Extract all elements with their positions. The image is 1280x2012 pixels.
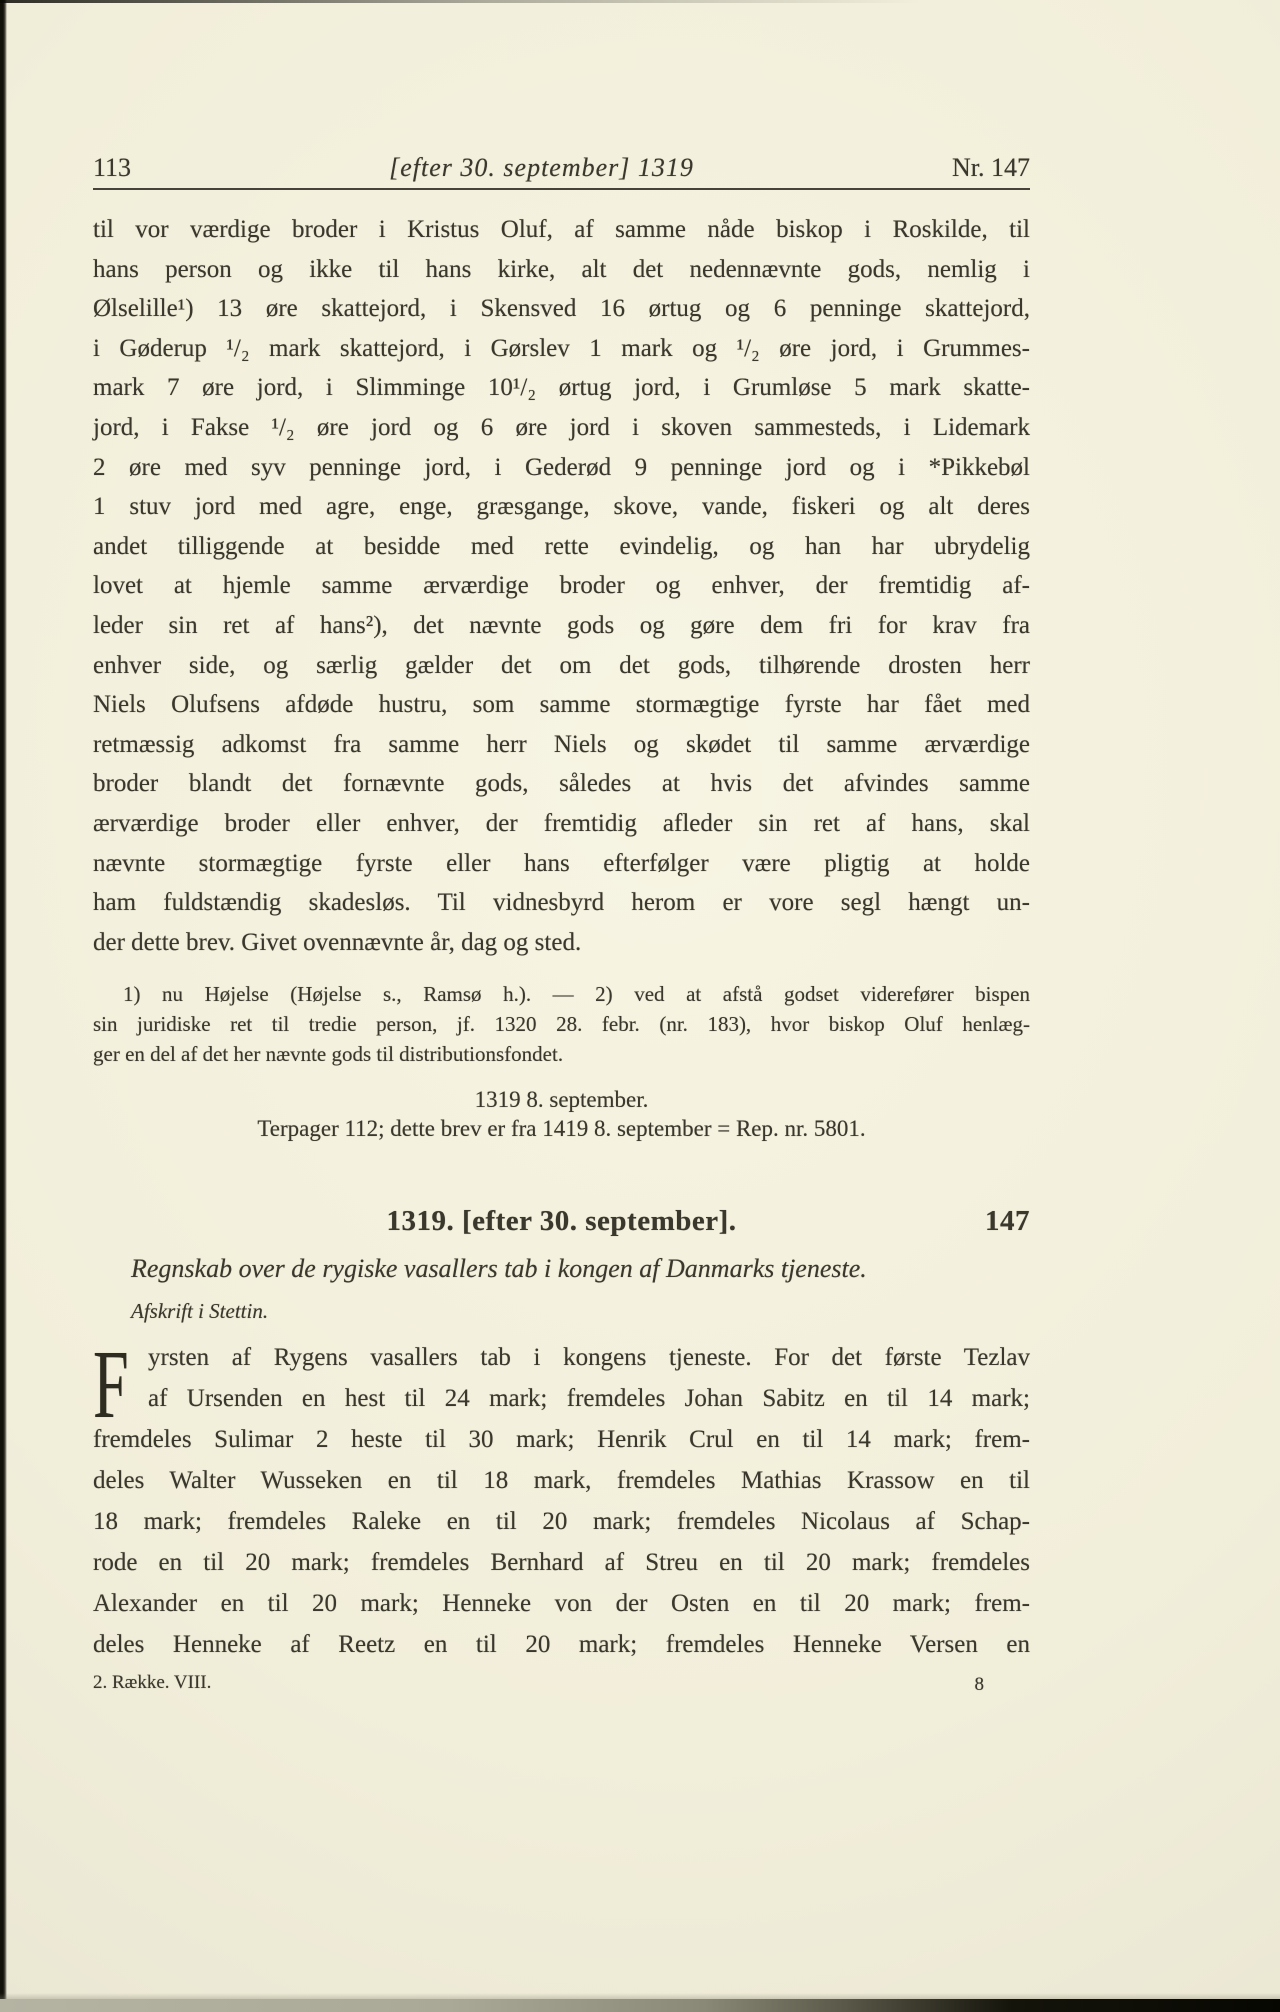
- text-line: fremdeles Sulimar 2 heste til 30 mark; H…: [93, 1419, 1030, 1460]
- document-text-continuation: til vor værdige broder i Kristus Oluf, a…: [93, 210, 1030, 962]
- text-line: ærværdige broder eller enhver, der fremt…: [93, 804, 1030, 844]
- scan-edge-top: [0, 0, 1280, 3]
- apparatus-date-line: 1319 8. september.: [93, 1085, 1030, 1114]
- document-source-note: Afskrift i Stettin.: [131, 1298, 1030, 1325]
- apparatus-reference-line: Terpager 112; dette brev er fra 1419 8. …: [93, 1114, 1030, 1143]
- footnote-line: ger en del af det her nævnte gods til di…: [93, 1039, 1030, 1069]
- text-line: der dette brev. Givet ovennævnte år, dag…: [93, 923, 1030, 963]
- footer-signature-number: 8: [975, 1673, 985, 1697]
- text-line: deles Walter Wusseken en til 18 mark, fr…: [93, 1460, 1030, 1501]
- running-head: 113 [efter 30. september] 1319 Nr. 147: [93, 152, 1030, 183]
- text-line: deles Henneke af Reetz en til 20 mark; f…: [93, 1624, 1030, 1665]
- text-line: andet tilliggende at besidde med rette e…: [93, 527, 1030, 567]
- text-line: mark 7 øre jord, i Slimminge 10¹/₂ ørtug…: [93, 368, 1030, 408]
- page-footer: 2. Række. VIII. 8: [93, 1671, 1030, 1695]
- document-summary: Regnskab over de rygiske vasallers tab i…: [131, 1252, 1030, 1285]
- scan-edge-left: [0, 0, 7, 2012]
- text-line: enhver side, og særlig gælder det om det…: [93, 646, 1030, 686]
- text-line: til vor værdige broder i Kristus Oluf, a…: [93, 210, 1030, 250]
- text-line: 18 mark; fremdeles Raleke en til 20 mark…: [93, 1501, 1030, 1542]
- page-number: 113: [93, 152, 131, 183]
- text-line: af Ursenden en hest til 24 mark; fremdel…: [148, 1378, 1030, 1419]
- text-line: yrsten af Rygens vasallers tab i kongens…: [148, 1337, 1030, 1378]
- text-line: broder blandt det fornævnte gods, sålede…: [93, 764, 1030, 804]
- text-line: Niels Olufsens afdøde hustru, som samme …: [93, 685, 1030, 725]
- footnote-line: sin juridiske ret til tredie person, jf.…: [93, 1009, 1030, 1039]
- dropcap-initial: F: [93, 1345, 129, 1425]
- running-head-date: [efter 30. september] 1319: [389, 152, 694, 183]
- text-line: nævnte stormægtige fyrste eller hans eft…: [93, 844, 1030, 884]
- document-heading-date: 1319. [efter 30. september].: [386, 1205, 736, 1237]
- text-line: ham fuldstændig skadesløs. Til vidnesbyr…: [93, 883, 1030, 923]
- text-line: hans person og ikke til hans kirke, alt …: [93, 250, 1030, 290]
- text-line: rode en til 20 mark; fremdeles Bernhard …: [93, 1542, 1030, 1583]
- text-line: 2 øre med syv penninge jord, i Gederød 9…: [93, 448, 1030, 488]
- document-147-text: F yrsten af Rygens vasallers tab i konge…: [93, 1337, 1030, 1665]
- text-line: Alexander en til 20 mark; Henneke von de…: [93, 1583, 1030, 1624]
- running-head-doc-number: Nr. 147: [952, 152, 1030, 183]
- text-line: 1 stuv jord med agre, enge, græsgange, s…: [93, 487, 1030, 527]
- text-line: leder sin ret af hans²), det nævnte gods…: [93, 606, 1030, 646]
- footer-series-label: 2. Række. VIII.: [93, 1672, 211, 1693]
- apparatus-block: 1319 8. september. Terpager 112; dette b…: [93, 1085, 1030, 1143]
- text-line: lovet at hjemle samme ærværdige broder o…: [93, 566, 1030, 606]
- page-content: 113 [efter 30. september] 1319 Nr. 147 t…: [93, 0, 1030, 1695]
- book-page-scan: 113 [efter 30. september] 1319 Nr. 147 t…: [0, 0, 1280, 2012]
- text-line: retmæssig adkomst fra samme herr Niels o…: [93, 725, 1030, 765]
- document-heading-number: 147: [985, 1203, 1030, 1239]
- text-line: Ølselille¹) 13 øre skattejord, i Skensve…: [93, 289, 1030, 329]
- text-line: jord, i Fakse ¹/₂ øre jord og 6 øre jord…: [93, 408, 1030, 448]
- header-rule: [93, 188, 1030, 190]
- footnotes-block: 1) nu Højelse (Højelse s., Ramsø h.). — …: [93, 979, 1030, 1069]
- document-147-heading: 1319. [efter 30. september]. 147: [93, 1203, 1030, 1239]
- footnote-line: 1) nu Højelse (Højelse s., Ramsø h.). — …: [93, 979, 1030, 1009]
- text-line: i Gøderup ¹/₂ mark skattejord, i Gørslev…: [93, 329, 1030, 369]
- scan-edge-bottom: [0, 1999, 1280, 2012]
